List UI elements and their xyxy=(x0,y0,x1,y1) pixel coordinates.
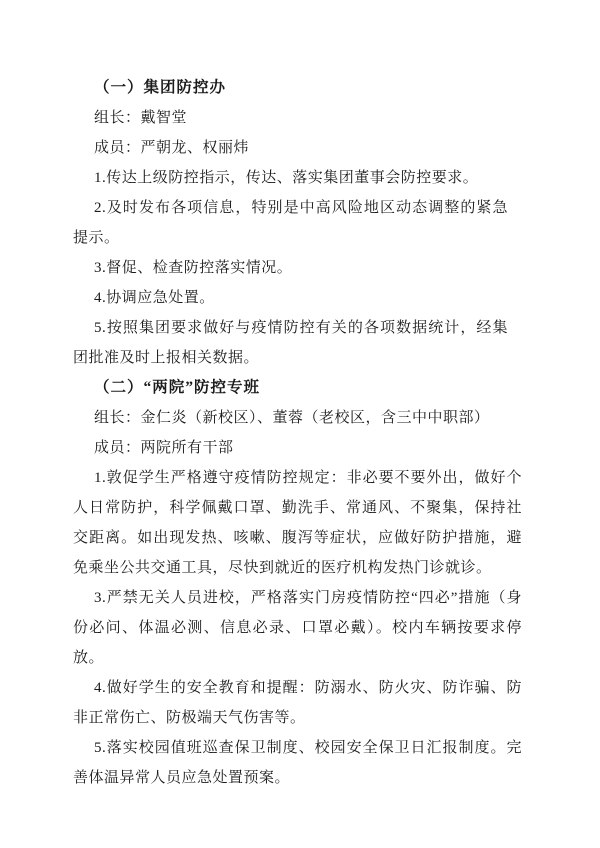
section-2-members-line: 成员：两院所有干部 xyxy=(73,433,522,463)
section-2-item-3: 3.严禁无关人员进校，严格落实门房疫情防控“四必”措施（身份必问、体温必测、信息… xyxy=(73,583,522,673)
section-1-item-4: 4.协调应急处置。 xyxy=(73,283,508,313)
section-2-item-5: 5.落实校园值班巡查保卫制度、校园安全保卫日汇报制度。完善体温异常人员应急处置预… xyxy=(73,733,522,793)
section-1-item-5: 5.按照集团要求做好与疫情防控有关的各项数据统计，经集团批准及时上报相关数据。 xyxy=(73,313,508,373)
section-1-item-3: 3.督促、检查防控落实情况。 xyxy=(73,253,508,283)
section-2-item-4: 4.做好学生的安全教育和提醒：防溺水、防火灾、防诈骗、防非正常伤亡、防极端天气伤… xyxy=(73,673,522,733)
section-1-heading: （一）集团防控办 xyxy=(73,73,522,103)
document-page: （一）集团防控办 组长：戴智堂 成员：严朝龙、权丽炜 1.传达上级防控指示，传达… xyxy=(0,0,600,848)
section-1-members-line: 成员：严朝龙、权丽炜 xyxy=(73,133,508,163)
section-2-item-1: 1.敦促学生严格遵守疫情防控规定：非必要不要外出，做好个人日常防护，科学佩戴口罩… xyxy=(73,463,522,583)
section-2-heading: （二）“两院”防控专班 xyxy=(73,373,522,403)
section-two-colleges-task-force: （二）“两院”防控专班 组长：金仁炎（新校区）、董蓉（老校区，含三中中职部） 成… xyxy=(73,373,522,793)
section-2-leader-line: 组长：金仁炎（新校区）、董蓉（老校区，含三中中职部） xyxy=(73,403,522,433)
section-group-prevention-office: （一）集团防控办 组长：戴智堂 成员：严朝龙、权丽炜 1.传达上级防控指示，传达… xyxy=(73,73,522,373)
section-1-item-1: 1.传达上级防控指示，传达、落实集团董事会防控要求。 xyxy=(73,163,508,193)
section-1-item-2: 2.及时发布各项信息，特别是中高风险地区动态调整的紧急提示。 xyxy=(73,193,508,253)
section-1-leader-line: 组长：戴智堂 xyxy=(73,103,508,133)
